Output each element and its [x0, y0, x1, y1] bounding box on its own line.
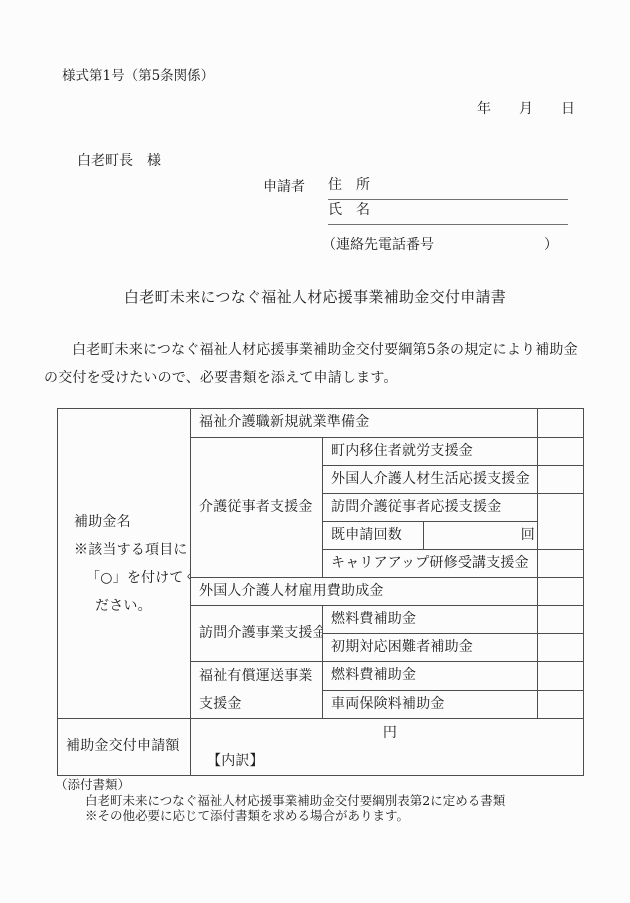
transport-category-line-1: 福祉有償運送事業: [199, 662, 320, 690]
amount-label: 補助金交付申請額: [58, 719, 191, 776]
mark-cell-home-visit-care-worker[interactable]: [538, 494, 584, 550]
phone-label: （連絡先電話番号: [322, 237, 434, 255]
prior-applications-count-field[interactable]: 回: [424, 522, 538, 550]
addressee-line: 白老町長 様: [77, 153, 161, 171]
document-title: 白老町未来につなぐ福祉人材応援事業補助金交付申請書: [0, 288, 630, 307]
item-home-visit-care-worker: 訪問介護従事者応援支援金: [323, 494, 538, 522]
mark-cell-new-employment-preparation[interactable]: [538, 409, 584, 438]
mark-cell-career-training[interactable]: [538, 550, 584, 578]
header-line-3: 「○」を付けてく: [86, 564, 188, 592]
body-line-1: 白老町未来につなぐ福祉人材応援事業補助金交付要綱第5条の規定により補助金: [44, 336, 579, 364]
category-welfare-paid-transport: 福祉有償運送事業 支援金: [191, 662, 323, 719]
applicant-label: 申請者: [263, 179, 305, 197]
item-vehicle-insurance-subsidy: 車両保険料補助金: [323, 690, 538, 719]
header-line-4: ださい。: [95, 592, 188, 620]
amount-unit: 円: [199, 719, 581, 747]
address-field[interactable]: 住 所: [328, 177, 568, 200]
prior-applications-label: 既申請回数: [323, 522, 424, 550]
address-label: 住 所: [328, 177, 370, 193]
mark-cell-transport-fuel-subsidy[interactable]: [538, 662, 584, 691]
transport-category-line-2: 支援金: [199, 690, 320, 718]
item-new-employment-preparation: 福祉介護職新規就業準備金: [191, 409, 538, 438]
attachments-note: （添付書類） 白老町未来につなぐ福祉人材応援事業補助金交付要綱別表第2に定める書…: [55, 777, 505, 824]
mark-cell-foreign-care-life-support[interactable]: [538, 466, 584, 494]
name-field[interactable]: 氏 名: [328, 202, 568, 225]
mark-cell-foreign-employment-grant[interactable]: [538, 578, 584, 606]
body-line-2: の交付を受けたいので、必要書類を添えて申請します。: [44, 364, 579, 392]
mark-cell-town-migrant-employment[interactable]: [538, 438, 584, 466]
item-career-training: キャリアアップ研修受講支援金: [323, 550, 538, 578]
subsidy-name-header-cell: 補助金名 ※該当する項目に 「○」を付けてく ださい。: [58, 409, 191, 719]
form-number: 様式第1号（第5条関係）: [62, 68, 214, 85]
attachments-line-1: 白老町未来につなぐ福祉人材応援事業補助金交付要綱別表第2に定める書類: [85, 793, 505, 809]
mark-cell-vehicle-insurance-subsidy[interactable]: [538, 690, 584, 719]
subsidy-table: 補助金名 ※該当する項目に 「○」を付けてく ださい。 福祉介護職新規就業準備金…: [57, 408, 584, 776]
item-initial-response-difficulty: 初期対応困難者補助金: [323, 634, 538, 662]
attachments-line-2: ※その他必要に応じて添付書類を求める場合があります。: [85, 808, 505, 824]
mark-cell-initial-response-difficulty[interactable]: [538, 634, 584, 662]
item-homecare-fuel-subsidy: 燃料費補助金: [323, 606, 538, 634]
mark-cell-homecare-fuel-subsidy[interactable]: [538, 606, 584, 634]
category-home-care-business: 訪問介護事業支援金: [191, 606, 323, 662]
body-paragraph: 白老町未来につなぐ福祉人材応援事業補助金交付要綱第5条の規定により補助金 の交付…: [44, 336, 579, 392]
application-form-page: 様式第1号（第5条関係） 年 月 日 白老町長 様 申請者 住 所 氏 名 （連…: [0, 0, 630, 903]
phone-field[interactable]: （連絡先電話番号 ）: [322, 237, 558, 255]
item-transport-fuel-subsidy: 燃料費補助金: [323, 662, 538, 691]
amount-field[interactable]: 円 【内訳】: [191, 719, 584, 776]
header-line-2: ※該当する項目に: [74, 536, 188, 564]
item-foreign-care-life-support: 外国人介護人材生活応援支援金: [323, 466, 538, 494]
item-town-migrant-employment: 町内移住者就労支援金: [323, 438, 538, 466]
date-line: 年 月 日: [477, 101, 575, 119]
name-label: 氏 名: [328, 202, 370, 218]
item-foreign-employment-grant: 外国人介護人材雇用費助成金: [191, 578, 538, 606]
phone-paren-close: ）: [544, 237, 558, 255]
category-care-worker-support: 介護従事者支援金: [191, 438, 323, 578]
attachments-label: （添付書類）: [55, 777, 505, 793]
breakdown-label: 【内訳】: [199, 747, 581, 775]
header-line-1: 補助金名: [74, 508, 188, 536]
